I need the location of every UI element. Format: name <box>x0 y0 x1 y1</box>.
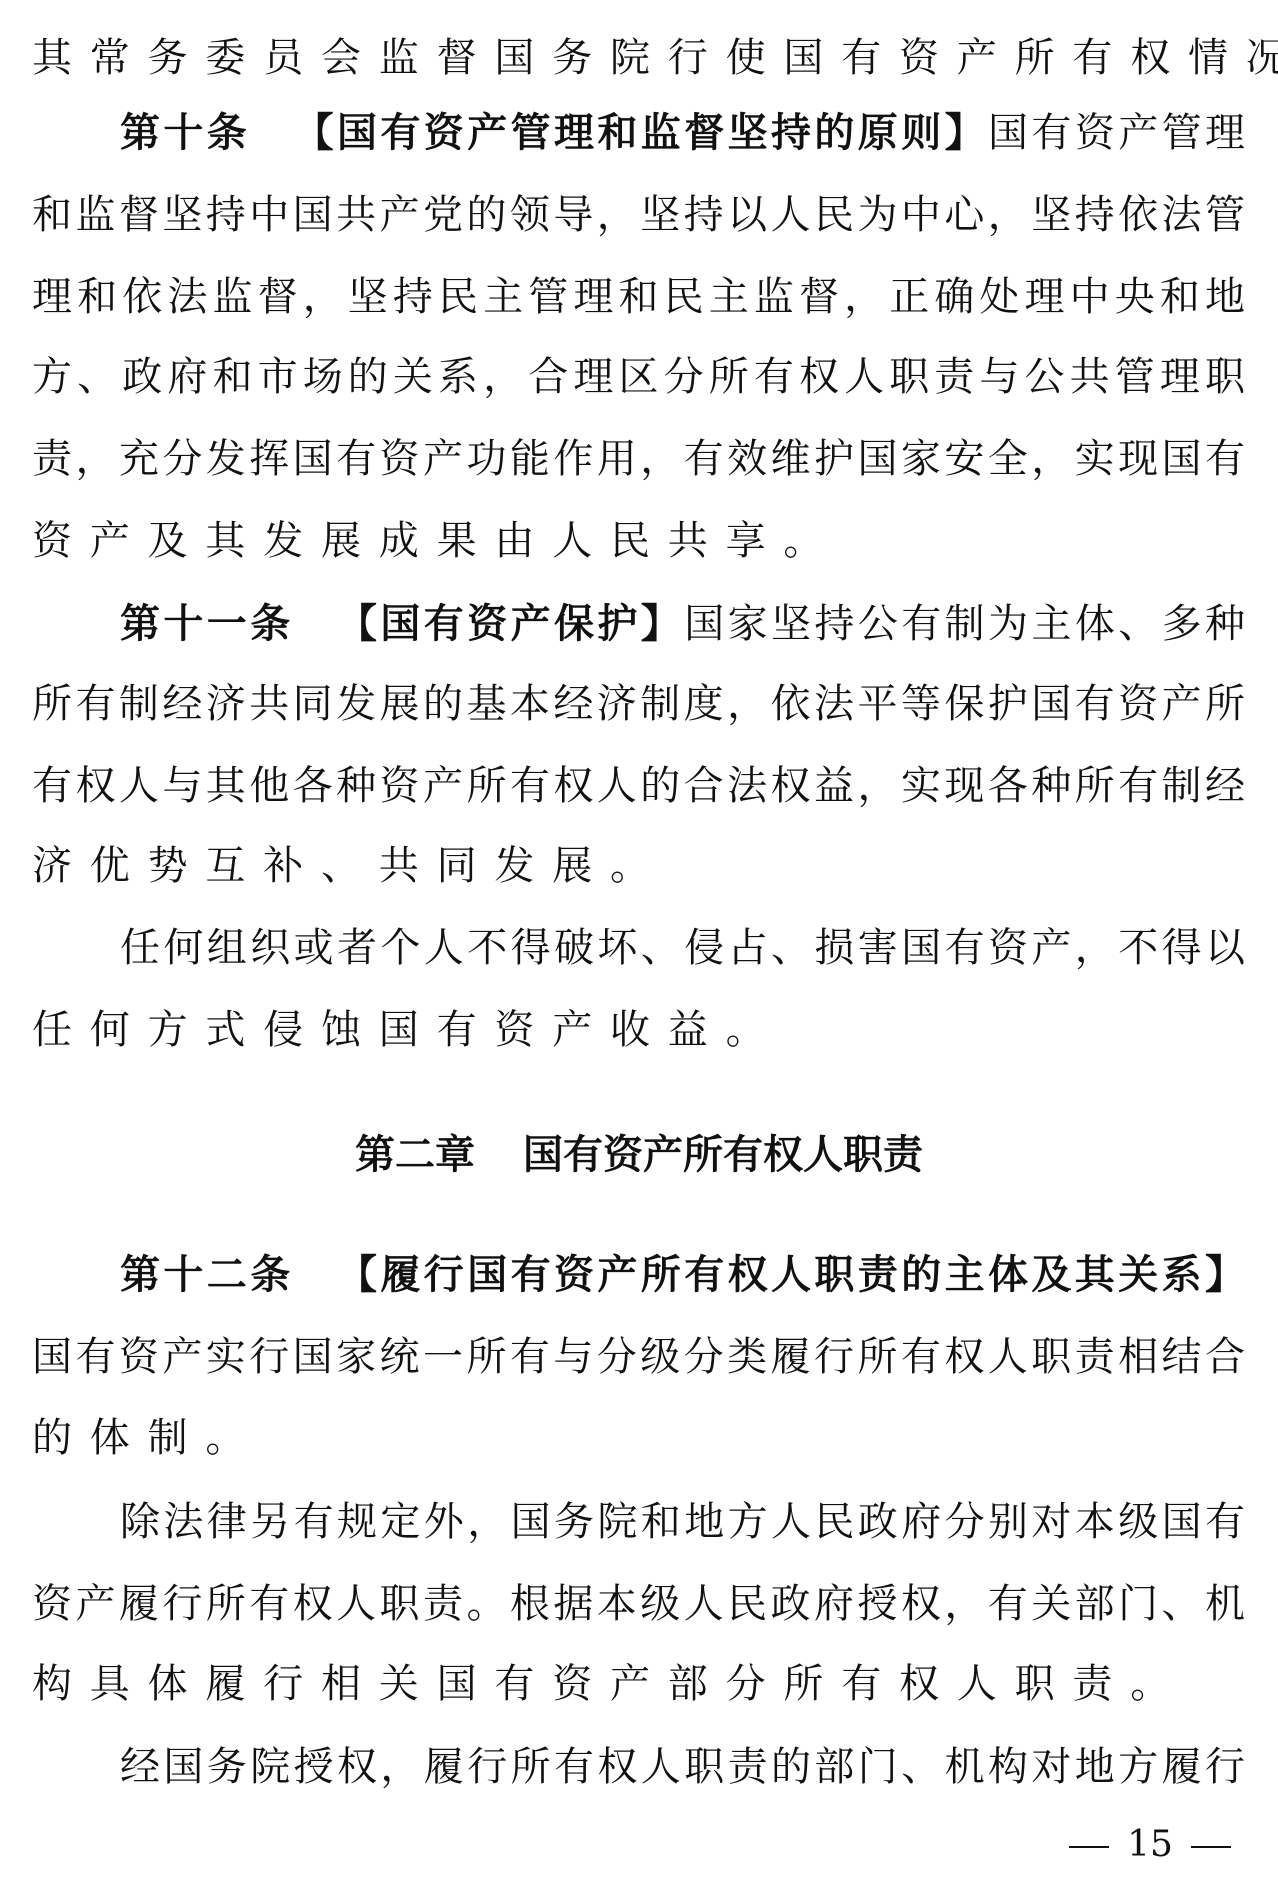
paragraph-line: 济优势互补、共同发展。 <box>32 836 1245 896</box>
paragraph-line: 所有制经济共同发展的基本经济制度，依法平等保护国有资产所 <box>32 674 1245 734</box>
paragraph-line: 国有资产实行国家统一所有与分级分类履行所有权人职责相结合 <box>32 1327 1245 1387</box>
article-title: 【国有资产管理和监督坚持的原则】 <box>290 110 988 156</box>
chapter-heading: 第二章国有资产所有权人职责 <box>0 1125 1278 1185</box>
article-text: 国有资产管理 <box>988 110 1245 156</box>
paragraph-line: 资产履行所有权人职责。根据本级人民政府授权，有关部门、机 <box>32 1574 1245 1634</box>
dash-decoration <box>1191 1846 1231 1848</box>
chapter-title: 国有资产所有权人职责 <box>523 1132 923 1178</box>
paragraph-line: 除法律另有规定外，国务院和地方人民政府分别对本级国有 <box>120 1492 1245 1552</box>
paragraph-line: 和监督坚持中国共产党的领导，坚持以人民为中心，坚持依法管 <box>32 185 1245 245</box>
paragraph-line: 方、政府和市场的关系，合理区分所有权人职责与公共管理职 <box>32 347 1245 407</box>
paragraph-line: 任何组织或者个人不得破坏、侵占、损害国有资产，不得以 <box>120 918 1245 978</box>
article-text: 国家坚持公有制为主体、多种 <box>684 601 1245 647</box>
paragraph-line: 理和依法监督，坚持民主管理和民主监督，正确处理中央和地 <box>32 267 1245 327</box>
paragraph-line: 的体制。 <box>32 1408 1245 1468</box>
article-title: 【国有资产保护】 <box>334 601 685 647</box>
article-title: 【履行国有资产所有权人职责的主体及其关系】 <box>334 1252 1245 1298</box>
paragraph-line: 经国务院授权，履行所有权人职责的部门、机构对地方履行 <box>120 1737 1245 1797</box>
paragraph-line: 资产及其发展成果由人民共享。 <box>32 511 1245 571</box>
article-number: 第十一条 <box>120 601 294 647</box>
article-number: 第十条 <box>120 110 250 156</box>
page-number: 15 <box>1050 1820 1250 1870</box>
page-number-value: 15 <box>1127 1824 1173 1865</box>
paragraph-line: 构具体履行相关国有资产部分所有权人职责。 <box>32 1654 1245 1714</box>
dash-decoration <box>1069 1846 1109 1848</box>
article-12-heading-line: 第十二条【履行国有资产所有权人职责的主体及其关系】 <box>120 1245 1245 1305</box>
article-number: 第十二条 <box>120 1252 294 1298</box>
paragraph-line: 任何方式侵蚀国有资产收益。 <box>32 1000 1245 1060</box>
paragraph-line: 其常务委员会监督国务院行使国有资产所有权情况。 <box>32 28 1245 88</box>
paragraph-line: 有权人与其他各种资产所有权人的合法权益，实现各种所有制经 <box>32 756 1245 816</box>
article-10-heading-line: 第十条【国有资产管理和监督坚持的原则】国有资产管理 <box>120 103 1245 163</box>
article-11-heading-line: 第十一条【国有资产保护】国家坚持公有制为主体、多种 <box>120 594 1245 654</box>
paragraph-line: 责，充分发挥国有资产功能作用，有效维护国家安全，实现国有 <box>32 429 1245 489</box>
chapter-number: 第二章 <box>355 1132 475 1178</box>
